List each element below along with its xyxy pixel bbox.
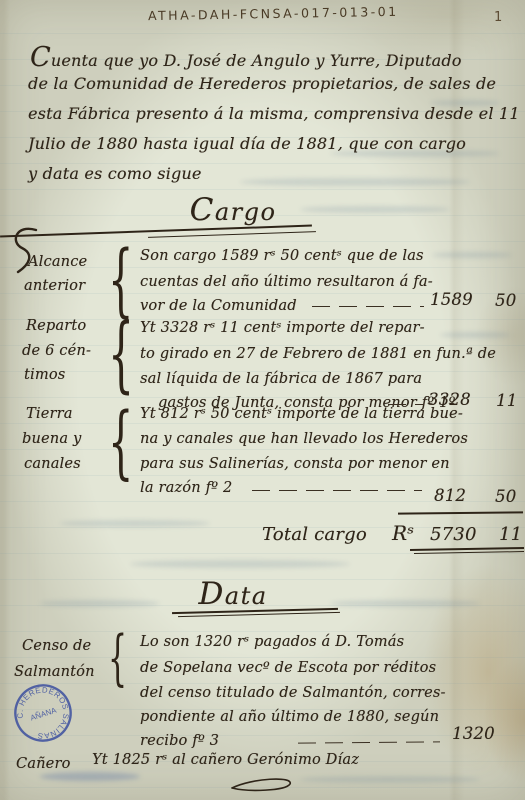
entry-body-line: del censo titulado de Salmantón, corres- (140, 685, 446, 701)
entry-body-line: la razón fº 2 (140, 480, 232, 496)
total-underline (410, 547, 524, 551)
intro-line: y data es como sigue (28, 164, 202, 183)
total-amount: 5730 (430, 524, 477, 545)
bleed-smudge (440, 332, 510, 338)
bleed-smudge (300, 206, 450, 213)
fill-rule (298, 741, 440, 744)
intro-line: Julio de 1880 hasta igual día de 1881, q… (28, 134, 466, 153)
entry-body-line: cuentas del año último resultaron á fa- (140, 274, 433, 290)
entry-label-line: timos (24, 367, 65, 383)
line-end-flourish (228, 776, 304, 794)
entry-body-line: Yt 3328 rˢ 11 centˢ importe del repar- (140, 320, 425, 336)
entry-label-line: Reparto (26, 318, 86, 334)
entry-cents: 50 (495, 487, 516, 506)
entry-label-line: Tierra (26, 406, 73, 422)
entry-amount: 1320 (452, 724, 495, 743)
entry-body-line: de Sopelana vecº de Escota por réditos (140, 660, 436, 676)
manuscript-page: ATHA-DAH-FCNSA-017-013-01 1 Cuenta que y… (0, 0, 525, 800)
entry-body-line: vor de la Comunidad (140, 298, 297, 314)
page-number: 1 (494, 10, 502, 25)
bleed-smudge (60, 520, 210, 527)
entry-body-line: na y canales que han llevado los Hereder… (140, 431, 468, 447)
entry-amount: 812 (434, 486, 466, 505)
fill-rule (252, 490, 422, 491)
archive-reference: ATHA-DAH-FCNSA-017-013-01 (148, 4, 399, 23)
entry-brace: { (108, 628, 127, 688)
cargo-underline-2 (148, 231, 316, 238)
entry-label-line: canales (24, 456, 81, 472)
entry-body-line: sal líquida de la fábrica de 1867 para (140, 371, 422, 387)
entry-body-line: to girado en 27 de Febrero de 1881 en fu… (140, 346, 496, 362)
entry-amount: 1589 (430, 290, 473, 309)
intro-line: esta Fábrica presento á la misma, compre… (28, 104, 525, 123)
data-heading: Data (148, 576, 318, 612)
entry-cents: 11 (496, 391, 517, 410)
bleed-smudge (130, 560, 350, 568)
entry-label-line: Cañero (16, 756, 71, 772)
bleed-smudge (432, 252, 512, 258)
entry-body-line: Lo son 1320 rˢ pagados á D. Tomás (140, 634, 404, 650)
herederos-salinas-stamp: C. HEREDEROS SALINAS AÑANA (5, 675, 81, 751)
bleed-smudge (40, 600, 160, 607)
entry-body-line: Yt 1825 rˢ al cañero Gerónimo Díaz (92, 752, 359, 768)
total-underline-2 (414, 551, 524, 554)
intro-line: de la Comunidad de Herederos propietario… (28, 74, 496, 93)
intro-line: Cuenta que yo D. José de Angulo y Yurre,… (30, 42, 462, 73)
entry-label-line: buena y (22, 431, 81, 447)
entry-body-line: para sus Salinerías, consta por menor en (140, 456, 450, 472)
entry-label-line: de 6 cén- (22, 343, 91, 359)
bleed-smudge (240, 178, 470, 186)
stamp-center-text: AÑANA (29, 705, 58, 722)
entry-cents: 50 (495, 291, 516, 310)
fill-rule (312, 306, 424, 307)
entry-body-line: recibo fº 3 (140, 733, 219, 749)
total-cents: 11 (499, 524, 522, 545)
total-label: Total cargo (262, 524, 367, 545)
entry-body-line: pondiente al año último de 1880, según (140, 709, 439, 725)
bleed-smudge (330, 600, 480, 607)
entry-brace: { (108, 402, 133, 482)
cargo-heading: Cargo (148, 192, 318, 228)
entry-label-line: Alcance (28, 254, 87, 270)
entry-brace: { (108, 314, 134, 396)
total-currency: Rˢ (392, 521, 414, 545)
entry-body-line: Son cargo 1589 rˢ 50 centˢ que de las (140, 248, 424, 264)
bleed-smudge (40, 772, 140, 781)
sum-rule (398, 511, 523, 514)
bleed-smudge (300, 776, 480, 783)
entry-label-line: Censo de (22, 638, 91, 654)
entry-body-line: Yt 812 rˢ 50 centˢ importe de la tierra … (140, 406, 463, 422)
entry-label-line: anterior (24, 278, 85, 294)
